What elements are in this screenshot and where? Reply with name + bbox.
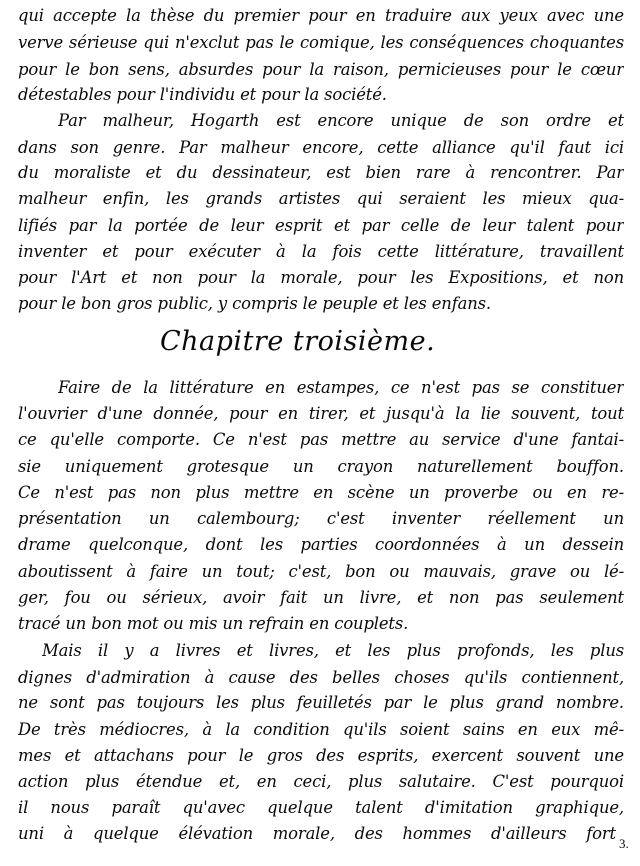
text-line: De très médiocres, à la condition qu'ils…	[18, 717, 624, 743]
text-line: du moraliste et du dessinateur, est bien…	[18, 160, 624, 186]
text-line: sie uniquement grotesque un crayon natur…	[18, 454, 624, 480]
text-line: l'ouvrier d'une donnée, pour en tirer, e…	[18, 401, 624, 427]
text-line: ger, fou ou sérieux, avoir fait un livre…	[18, 585, 624, 611]
text-line: qui accepte la thèse du premier pour en …	[18, 3, 624, 29]
text-line: détestables pour l'individu et pour la s…	[18, 82, 624, 108]
text-line: Ce n'est pas non plus mettre en scène un…	[18, 480, 624, 506]
text-line: action plus étendue et, en ceci, plus sa…	[18, 769, 624, 795]
text-line: drame quelconque, dont les parties coord…	[18, 532, 624, 558]
text-line: uni à quelque élévation morale, des homm…	[18, 821, 616, 847]
page-number: 3.	[619, 836, 629, 852]
text-line: malheur enfin, les grands artistes qui s…	[18, 186, 624, 212]
text-line: pour le bon sens, absurdes pour la raiso…	[18, 57, 624, 83]
text-line: pour le bon gros public, y compris le pe…	[18, 291, 624, 317]
text-line: inventer et pour exécuter à la fois cett…	[18, 239, 624, 265]
text-line: tracé un bon mot ou mis un refrain en co…	[18, 611, 624, 637]
text-line: lifiés par la portée de leur esprit et p…	[18, 213, 624, 239]
text-line: il nous paraît qu'avec quelque talent d'…	[18, 795, 624, 821]
text-line: pour l'Art et non pour la morale, pour l…	[18, 265, 624, 291]
text-line: ne sont pas toujours les plus feuilletés…	[18, 690, 624, 716]
text-line: dans son genre. Par malheur encore, cett…	[18, 135, 624, 161]
manuscript-page: qui accepte la thèse du premier pour en …	[0, 0, 640, 866]
text-line: Faire de la littérature en estampes, ce …	[58, 375, 624, 401]
text-line: dignes d'admiration à cause des belles c…	[18, 665, 624, 691]
text-line: Par malheur, Hogarth est encore unique d…	[58, 108, 624, 134]
text-line: mes et attachans pour le gros des esprit…	[18, 743, 624, 769]
text-line: verve sérieuse qui n'exclut pas le comiq…	[18, 30, 624, 56]
text-line: aboutissent à faire un tout; c'est, bon …	[18, 559, 624, 585]
text-line: Mais il y a livres et livres, et les plu…	[42, 638, 624, 664]
chapter-heading: Chapitre troisième.	[160, 322, 440, 362]
text-line: présentation un calembourg; c'est invent…	[18, 506, 624, 532]
text-line: ce qu'elle comporte. Ce n'est pas mettre…	[18, 427, 624, 453]
